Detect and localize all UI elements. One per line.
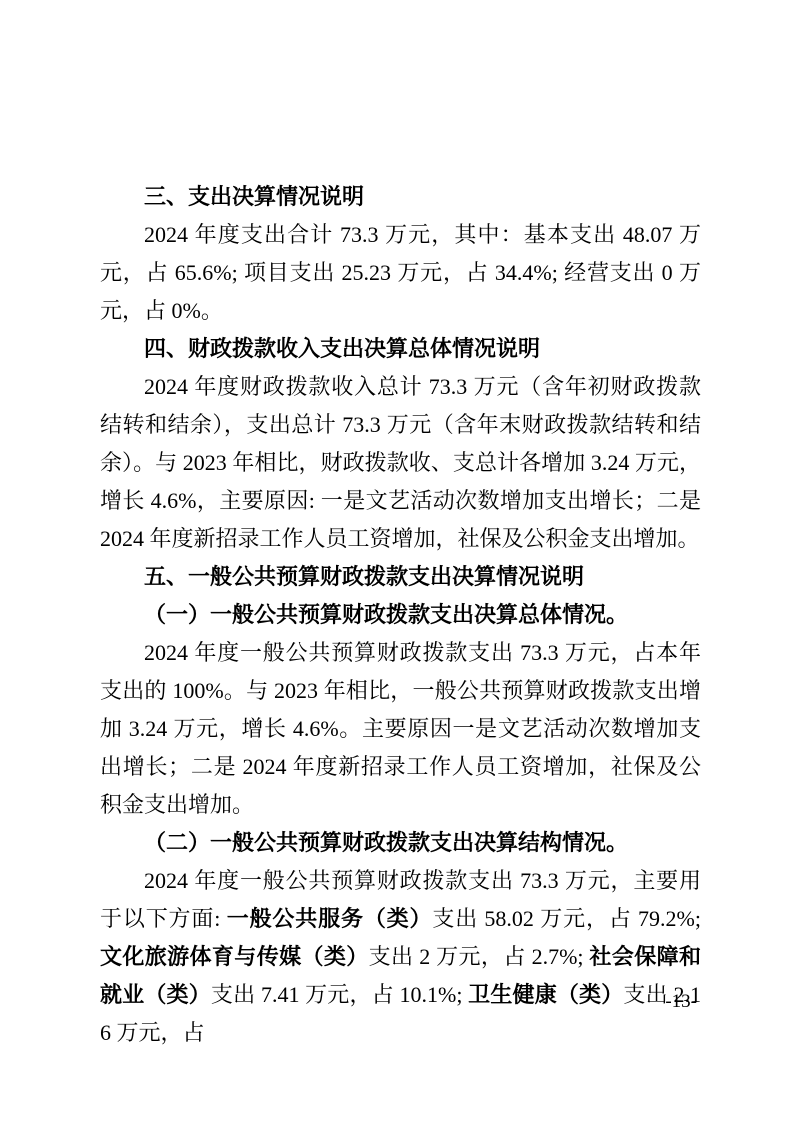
bold-text-run: 四、财政拨款收入支出决算总体情况说明	[144, 336, 540, 361]
section-5-heading: 五、一般公共预算财政拨款支出决算情况说明	[100, 558, 701, 596]
section-3-heading: 三、支出决算情况说明	[100, 178, 701, 216]
page-number: -13-	[665, 990, 697, 1014]
section-4-heading: 四、财政拨款收入支出决算总体情况说明	[100, 330, 701, 368]
text-run: 支出 2 万元，占 2.7%;	[369, 944, 590, 969]
bold-text-run: 五、一般公共预算财政拨款支出决算情况说明	[144, 564, 584, 589]
text-run: 支出 7.41 万元，占 10.1%;	[211, 982, 468, 1007]
text-run: 2024 年度一般公共预算财政拨款支出 73.3 万元，占本年支出的 100%。…	[100, 640, 701, 817]
section-5-sub-2-heading: （二）一般公共预算财政拨款支出决算结构情况。	[100, 824, 701, 862]
bold-text-run: 文化旅游体育与传媒（类）	[100, 944, 369, 969]
bold-text-run: 一般公共服务（类）	[227, 906, 433, 931]
text-run: 2024 年度支出合计 73.3 万元，其中：基本支出 48.07 万元，占 6…	[100, 222, 701, 323]
document-page: 三、支出决算情况说明2024 年度支出合计 73.3 万元，其中：基本支出 48…	[0, 0, 793, 1122]
section-5-sub-1-heading: （一）一般公共预算财政拨款支出决算总体情况。	[100, 596, 701, 634]
section-3-paragraph: 2024 年度支出合计 73.3 万元，其中：基本支出 48.07 万元，占 6…	[100, 216, 701, 330]
section-5-sub-2-paragraph: 2024 年度一般公共预算财政拨款支出 73.3 万元，主要用于以下方面: 一般…	[100, 862, 701, 1052]
section-5-sub-1-paragraph: 2024 年度一般公共预算财政拨款支出 73.3 万元，占本年支出的 100%。…	[100, 634, 701, 824]
document-body: 三、支出决算情况说明2024 年度支出合计 73.3 万元，其中：基本支出 48…	[100, 178, 701, 1052]
text-run: 2024 年度财政拨款收入总计 73.3 万元（含年初财政拨款结转和结余），支出…	[100, 374, 701, 551]
bold-text-run: （二）一般公共预算财政拨款支出决算结构情况。	[144, 830, 628, 855]
bold-text-run: （一）一般公共预算财政拨款支出决算总体情况。	[144, 602, 628, 627]
section-4-paragraph: 2024 年度财政拨款收入总计 73.3 万元（含年初财政拨款结转和结余），支出…	[100, 368, 701, 558]
text-run: 支出 58.02 万元，占 79.2%;	[432, 906, 701, 931]
bold-text-run: 卫生健康（类）	[468, 982, 623, 1007]
bold-text-run: 三、支出决算情况说明	[144, 184, 364, 209]
